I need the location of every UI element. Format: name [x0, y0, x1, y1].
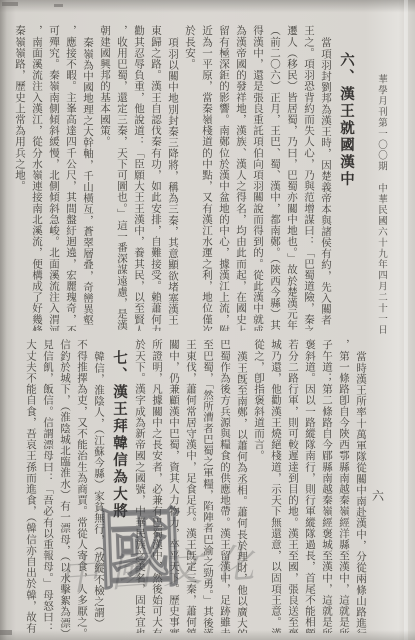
text-column: 從之，卽指褒斜道而言。	[250, 339, 267, 633]
text-column: 關中，仍兼顧漢中巴蜀，資其人力物力，卒平天下。歷史事實之	[165, 339, 182, 633]
text-column: 所證明，凡據關中之長安者，必兼有巴蜀漢中，然後始可大有為	[148, 339, 165, 633]
scan-speck	[54, 4, 63, 7]
text-column: ，南面溪流注入漢江，從分水嶺連接南北溪流，便構成了好幾條	[28, 25, 45, 331]
text-column: 東歸之路。漢王自認伐秦有功，如此安排，自難接受。賴蕭何力	[147, 25, 164, 331]
text-column: 王東伐，蕭何常居守漢中，足食足兵。漢王旣定三秦，蕭何鎮守	[182, 339, 199, 633]
text-column: 項羽以關中地別封秦三降將，稱為三秦，其意顯欲堵塞漢王	[164, 25, 181, 331]
text-column: 為漢帝國的發祥地，漢族、漢人之得名，均由此而起，在國史上	[232, 25, 249, 331]
text-column: 於長安。	[181, 25, 198, 331]
text-column: 近為一平原，當秦嶺棧道的中點，又有漢江水運之利，地位僅次	[198, 25, 215, 331]
text-column: 若分二路行軍，則可較遲達到目的地。漢王至國，張良送至褒	[284, 339, 301, 633]
lower-text-band: 當時漢王所率十萬軍隊從關中南赴漢中，分從兩條山路進行 ，第一條路卽自今陝西鄠縣南…	[22, 339, 369, 633]
text-column: 朝建國興邦的基本國策。	[96, 25, 113, 331]
scan-speck	[0, 630, 12, 635]
text-column: 褒斜道。因以一路縱隊南行，則行軍縱隊過長，首尾不能相顧；	[301, 339, 318, 633]
text-column: 勸其忍辱負重，他說道：「臣願大王王漢中，養其民，以至賢人	[130, 25, 147, 331]
text-column: 王之。項羽恐背約而失人心，乃與范增謀曰：「巴蜀道險，秦之	[300, 25, 317, 331]
text-column: 大丈夫不能自食，吾哀王孫而進食，（韓信亦自出於韓，故有王	[22, 339, 39, 633]
text-column: ，第一條路卽自今陝西鄠縣南越秦嶺經洋縣至漢中，這就是所謂	[335, 339, 352, 633]
text-column: 當時漢王所率十萬軍隊從關中南赴漢中，分從兩條山路進行	[352, 339, 369, 633]
text-column: 得漢中，還是張良重託項伯向項羽關說而得到的。從此漢中就成	[249, 25, 266, 331]
text-column: 可殫究。秦嶺南側傾斜緩慢，北側傾斜急峻。北面溪流注入渭河	[45, 25, 62, 331]
text-column: 見信飢，飯信。信謂漂母曰：「吾必有以重報母。」母怒曰：「	[39, 339, 56, 633]
text-column: 遷人（移民）皆居蜀，乃曰，巴蜀亦關中地也。」故於楚漢元年	[283, 25, 300, 331]
scanned-book-page: 華學月刊第一〇〇期 中華民國六十九年四月二十一日 六 六、漢王就國漢中 當項羽封…	[0, 0, 415, 640]
text-column: 信釣於城下，（淮陰城北臨淮水）有一漂母，（以水擊絮為漂）	[56, 339, 73, 633]
text-column: 城乃還，他勸漢王燒絕棧道，示天下無還意，以固項王意。漢王	[267, 339, 284, 633]
text-column: ，收用巴蜀，還定三秦，天下可圖也。」這一番深謀遠慮，是漢	[113, 25, 130, 331]
section-6-title: 六、漢王就國漢中	[334, 25, 358, 331]
text-column: 秦嶺嶺路，歷史上常為用兵之地。	[11, 25, 28, 331]
text-column: 不得推擇為吏，又不能治生為商賈。常從人寄食，人多厭之。	[73, 339, 90, 633]
text-column: 子午道；第二條路自今郿縣南越秦嶺經褒城至漢中，這就是所謂	[318, 339, 335, 633]
upper-text-band: 六、漢王就國漢中 當項羽封劉邦為漢王時，因楚義帝本與諸侯有約，先入關者 王之。項…	[11, 25, 358, 331]
section-7-title: 七、漢王拜韓信為大將	[107, 339, 131, 633]
scan-edge-streak	[404, 0, 408, 640]
text-column: 於天下。漢字成為新帝國之國號，中華民族之美名，固其宜也。	[131, 339, 148, 633]
page-number: 六	[372, 487, 384, 504]
text-column: （前二〇六）正月，王巴、蜀、漢中，都南鄭。（陝西今縣）其	[266, 25, 283, 331]
journal-header: 華學月刊第一〇〇期 中華民國六十九年四月二十一日	[374, 74, 388, 336]
text-column: 巴蜀作為後方兵源與糧食的供應地帶。漢王留漢中，足跡雖未嘗	[216, 339, 233, 633]
text-column: 至巴蜀，「然所漕者巴蜀之軍糧，陷陣者巴渝之勁勇。」其後漢	[199, 339, 216, 633]
text-column: 留有極深鉅的影響。南鄭位於漢中盆地的中心，據漢江上流，附	[215, 25, 232, 331]
text-column: 韓信，淮陰人，（江蘇今縣）家貧無行，（放縱不檢之謂）	[90, 339, 107, 633]
scan-speck	[2, 2, 18, 6]
text-column: 漢王旣至南鄭，以蕭何為丞相。蕭何長於理財，他以廣大的	[233, 339, 250, 633]
text-column: ，應接不暇。主峯高達四千公尺，其間盤紆迴遶，宏麗瑰奇，不	[62, 25, 79, 331]
text-column: 當項羽封劉邦為漢王時，因楚義帝本與諸侯有約，先入關者	[317, 25, 334, 331]
text-column: 秦嶺為中國地理之大幹軸，千山橫亙，蒼翠層叠，奇巒異壑	[79, 25, 96, 331]
